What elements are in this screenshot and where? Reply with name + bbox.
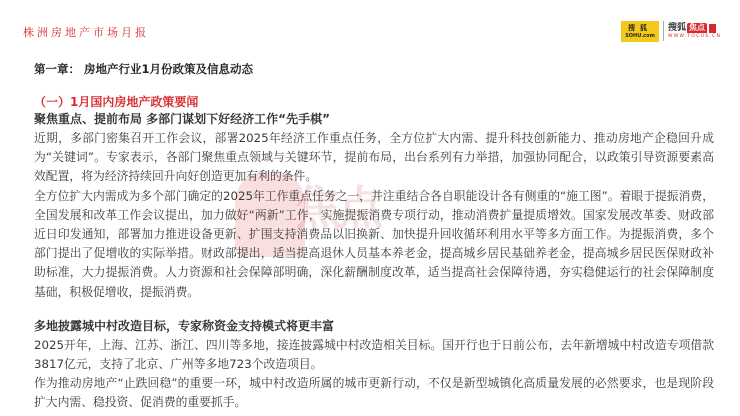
sohu-logo-en: SOHU.com: [625, 33, 655, 39]
report-title: 株洲房地产市场月报: [23, 24, 149, 40]
article-paragraph: 2025开年，上海、江苏、浙江、四川等多地，接连披露城中村改造相关目标。国开行也…: [34, 336, 714, 374]
house-icon: 焦点: [687, 23, 707, 33]
report-content: （一）1月国内房地产政策要闻 聚焦重点、提前布局 多部门谋划下好经济工作“先手棋…: [34, 94, 714, 413]
chapter-title: 第一章： 房地产行业1月份政策及信息动态: [34, 61, 253, 77]
article-paragraph: 全方位扩大内需成为多个部门确定的2025年工作重点任务之一，并注重结合各自职能设…: [34, 187, 714, 302]
focus-logo-cn: 搜狐: [668, 23, 686, 34]
article-paragraph: 近期，多部门密集召开工作会议，部署2025年经济工作重点任务，全方位扩大内需、提…: [34, 129, 714, 187]
logo-group: 搜狐 SOHU.com 搜狐 焦点 WWW.FOCUS.CN: [621, 20, 721, 42]
article-paragraph: 作为推动房地产“止跌回稳”的重要一环，城中村改造所属的城市更新行动，不仅是新型城…: [34, 374, 714, 412]
focus-logo: 搜狐 焦点 WWW.FOCUS.CN: [668, 23, 721, 40]
sohu-logo: 搜狐 SOHU.com: [621, 21, 659, 42]
article-title: 多地披露城中村改造目标，专家称资金支持模式将更丰富: [34, 317, 714, 336]
spacer: [34, 302, 714, 317]
section-title: （一）1月国内房地产政策要闻: [34, 94, 714, 110]
logo-divider: [663, 21, 664, 41]
tag-icon: [709, 24, 716, 33]
focus-logo-en: WWW.FOCUS.CN: [668, 34, 721, 40]
article-2: 多地披露城中村改造目标，专家称资金支持模式将更丰富 2025开年，上海、江苏、浙…: [34, 317, 714, 413]
sohu-logo-cn: 搜狐: [628, 24, 652, 33]
article-1: 聚焦重点、提前布局 多部门谋划下好经济工作“先手棋” 近期，多部门密集召开工作会…: [34, 110, 714, 302]
article-title: 聚焦重点、提前布局 多部门谋划下好经济工作“先手棋”: [34, 110, 714, 129]
